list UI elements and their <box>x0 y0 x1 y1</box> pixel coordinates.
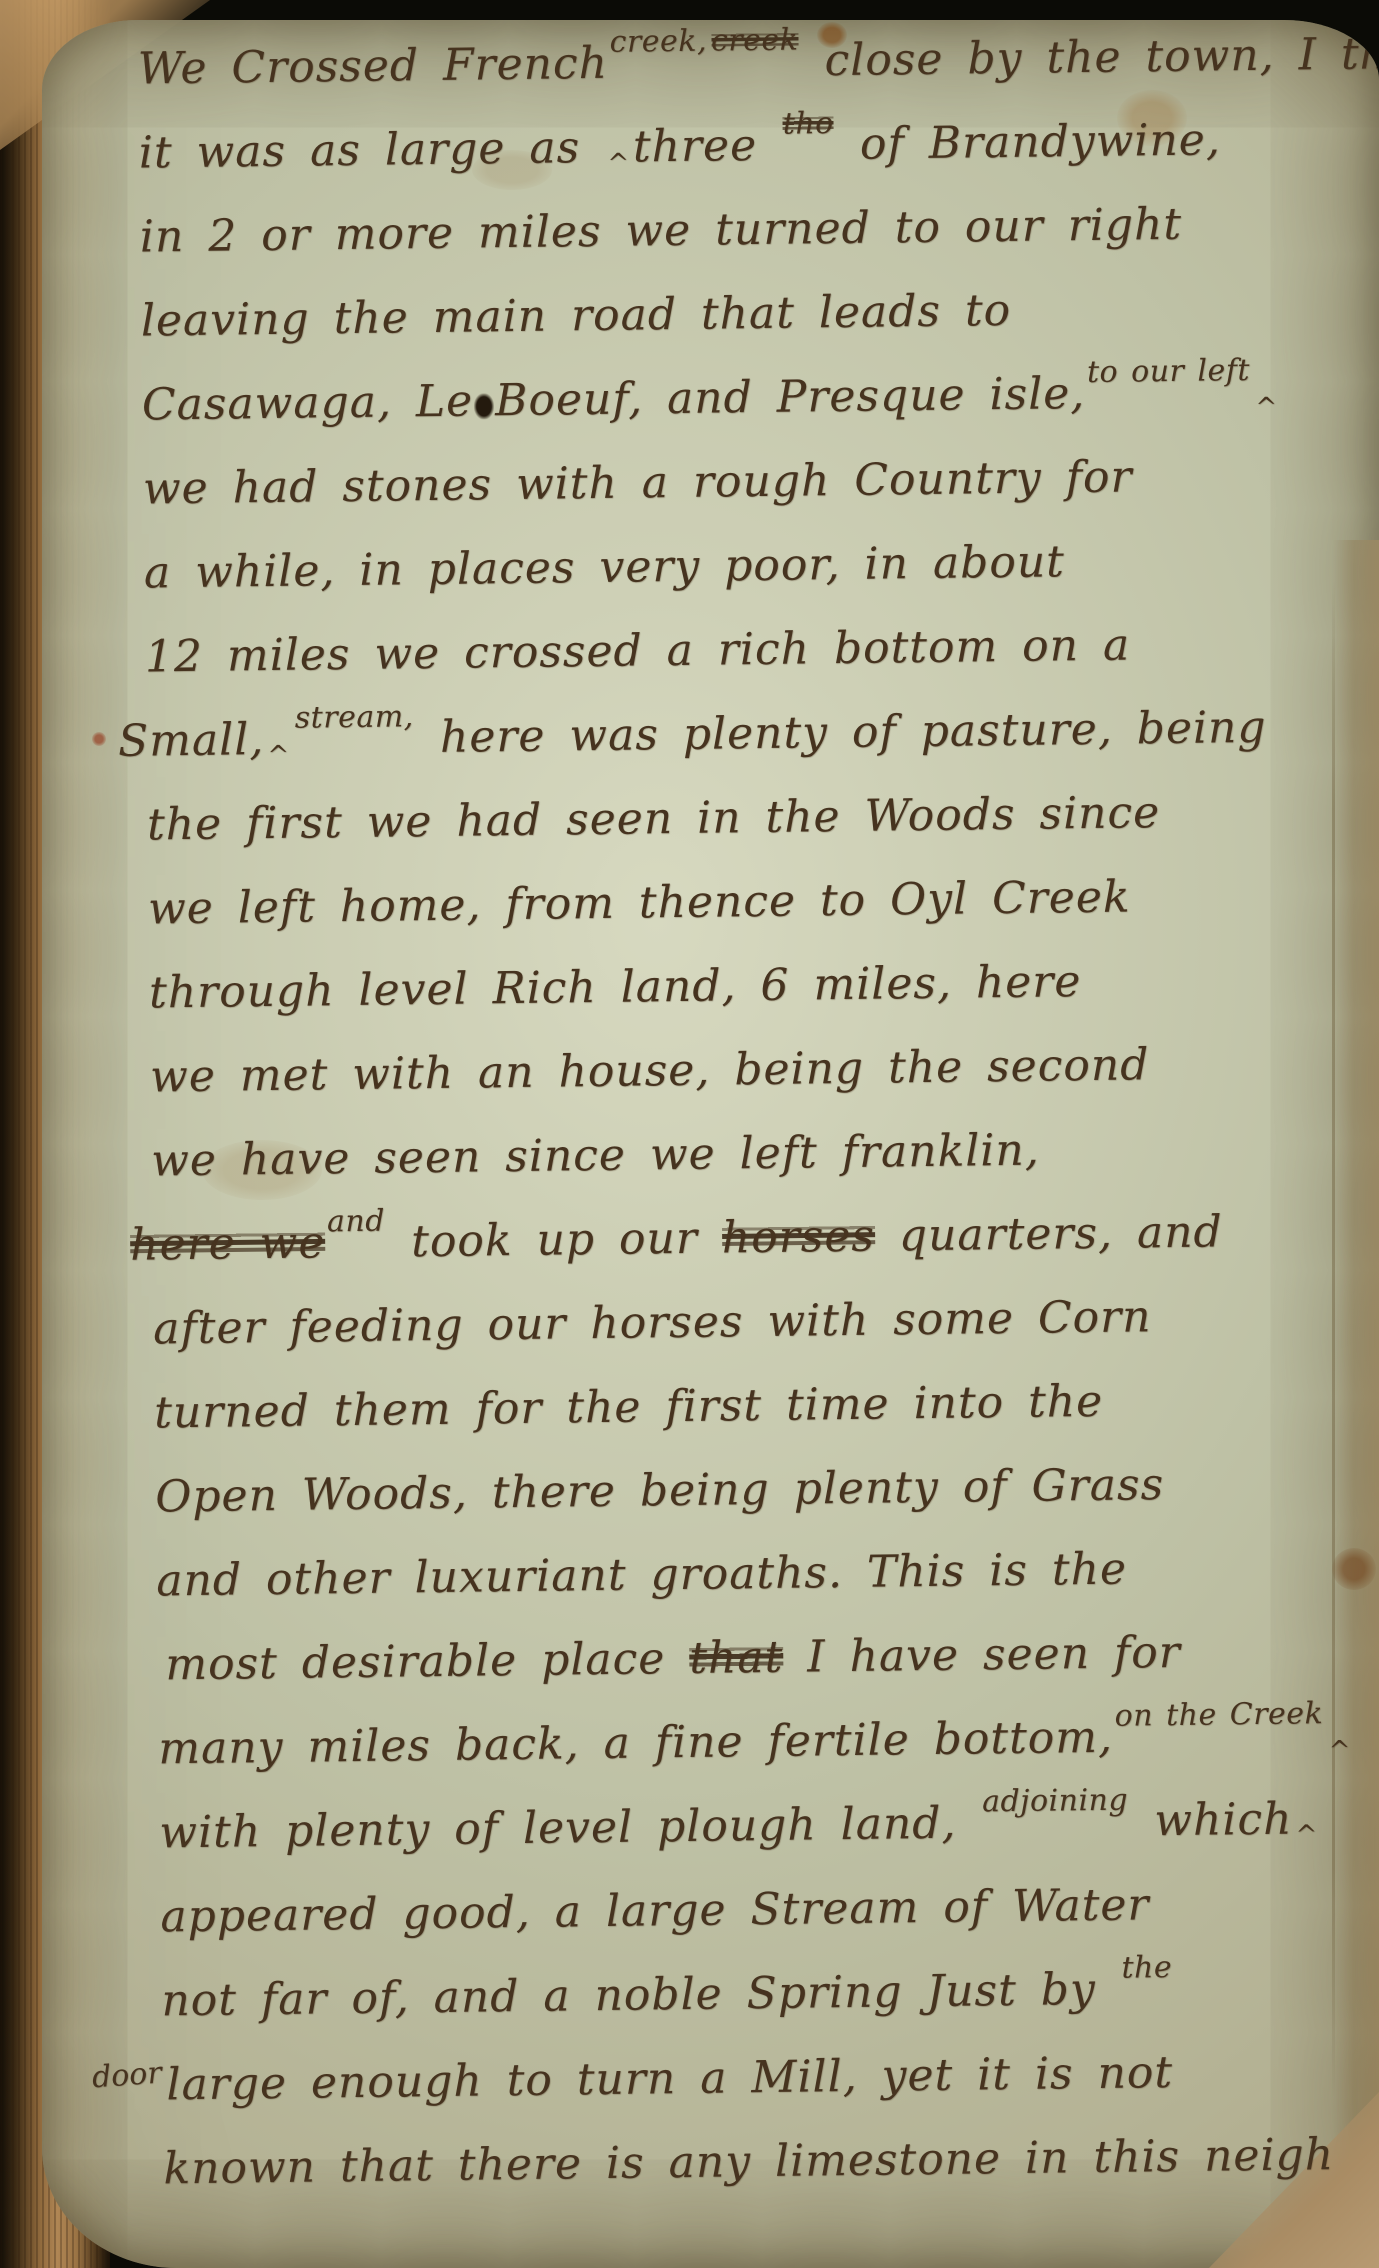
inserted-word: to our left <box>1087 353 1250 390</box>
text-run: Casawaga, Le <box>142 375 474 430</box>
text-run: a while, in places very poor, in about <box>144 536 1065 598</box>
manuscript-line: we met with an house, being the second <box>54 1036 1379 1136</box>
text-run: took up our <box>387 1213 722 1268</box>
caret-mark: ^ <box>1329 1736 1352 1766</box>
text-run: here was plenty of pasture, being <box>416 702 1267 763</box>
text-run: three <box>633 120 782 173</box>
caret-mark: ^ <box>607 149 630 179</box>
text-run: Open Woods, there being plenty of Grass <box>155 1459 1164 1522</box>
text-run: which <box>1130 1794 1293 1847</box>
struck-word: that <box>689 1632 784 1684</box>
struck-word: horses <box>722 1211 876 1264</box>
inserted-word: on the Creek <box>1114 1696 1323 1734</box>
caret-mark: ^ <box>267 741 290 771</box>
caret-mark: ^ <box>1255 393 1278 423</box>
ink-blot <box>474 393 494 419</box>
photo-background: { "manuscript": { "ink_color": "#46331f"… <box>0 0 1379 2268</box>
manuscript-line: We Crossed Frenchcreek,creek close by th… <box>42 28 1379 128</box>
text-run: 12 miles we crossed a rich bottom on a <box>145 619 1131 682</box>
text-run: Boeuf, and Presque isle, <box>495 368 1086 426</box>
text-run: I have seen for <box>783 1627 1181 1683</box>
manuscript-line: turned them for the first time into the <box>58 1372 1379 1472</box>
text-run: not far of, and a noble Spring Just by <box>161 1964 1120 2027</box>
manuscript-line: a while, in places very poor, in about <box>48 532 1379 632</box>
manuscript-line: 12 miles we crossed a rich bottom on a <box>49 616 1379 716</box>
manuscript-line: through level Rich land, 6 miles, here <box>53 952 1379 1052</box>
manuscript-line: large enough to turn a Mill, yet it is n… <box>66 2044 1379 2144</box>
manuscript-line: known that there is any limestone in thi… <box>67 2128 1379 2228</box>
text-run: through level Rich land, 6 miles, here <box>149 956 1082 1018</box>
manuscript-line: we left home, from thence to Oyl Creek <box>52 868 1379 968</box>
manuscript-line: the first we had seen in the Woods since <box>51 784 1379 884</box>
text-run: of Brandywine, <box>836 114 1221 170</box>
text-run: we have seen since we left franklin, <box>151 1125 1040 1187</box>
text-run: we had stones with a rough Country for <box>143 451 1133 514</box>
manuscript-line: Casawaga, LeBoeuf, and Presque isle,to o… <box>46 364 1379 464</box>
manuscript-line: it was as large as ^three tho of Brandyw… <box>43 112 1379 212</box>
text-run: with plenty of level plough land, <box>159 1797 981 1858</box>
struck-insertion: creek <box>711 22 799 58</box>
text-run: appeared good, a large Stream of Water <box>160 1879 1150 1942</box>
manuscript-line: we had stones with a rough Country for <box>47 448 1379 548</box>
inserted-word: adjoining <box>982 1783 1128 1820</box>
text-run: large enough to turn a Mill, yet it is n… <box>166 2047 1173 2110</box>
text-run: after feeding our horses with some Corn <box>153 1291 1152 1354</box>
manuscript-line: in 2 or more miles we turned to our righ… <box>44 196 1379 296</box>
text-run: leaving the main road that leads to <box>141 285 1012 347</box>
manuscript-line: we have seen since we left franklin, <box>55 1120 1379 1220</box>
manuscript-line: Small,^stream, here was plenty of pastur… <box>50 700 1379 800</box>
text-run: close by the town, I thoug <box>800 27 1379 86</box>
margin-note: door <box>91 2056 163 2096</box>
manuscript-page: We Crossed Frenchcreek,creek close by th… <box>42 20 1379 2268</box>
manuscript-line: many miles back, a fine fertile bottom,o… <box>62 1708 1379 1808</box>
text-run: quarters, and <box>875 1206 1223 1261</box>
inserted-word: and <box>327 1204 385 1240</box>
text-run: we left home, from thence to Oyl Creek <box>148 871 1131 934</box>
text-run: We Crossed French <box>138 38 609 95</box>
caret-mark: ^ <box>1295 1820 1318 1850</box>
handwritten-text-block: We Crossed Frenchcreek,creek close by th… <box>42 28 1379 2228</box>
text-run: we met with an house, being the second <box>150 1039 1150 1102</box>
text-run: turned them for the first time into the <box>154 1376 1104 1439</box>
manuscript-line: with plenty of level plough land, adjoin… <box>63 1792 1379 1892</box>
manuscript-line: appeared good, a large Stream of Water <box>64 1876 1379 1976</box>
struck-word: here we <box>130 1217 326 1270</box>
manuscript-line: and other luxuriant groaths. This is the <box>60 1540 1379 1640</box>
text-run: it was as large as <box>139 122 605 179</box>
manuscript-line: after feeding our horses with some Corn <box>57 1288 1379 1388</box>
text-run: Small, <box>118 714 265 767</box>
manuscript-line: Open Woods, there being plenty of Grass <box>59 1456 1379 1556</box>
inserted-word: creek, <box>609 24 707 60</box>
struck-insertion: tho <box>783 106 834 142</box>
text-run: and other luxuriant groaths. This is the <box>156 1544 1127 1607</box>
text-run: many miles back, a fine fertile bottom, <box>158 1712 1113 1775</box>
inserted-word: the <box>1121 1950 1172 1986</box>
inserted-word: stream, <box>295 699 414 735</box>
manuscript-line: not far of, and a noble Spring Just by t… <box>65 1960 1379 2060</box>
manuscript-line: here weand took up our horses quarters, … <box>56 1204 1379 1304</box>
text-run: most desirable place <box>165 1633 690 1690</box>
